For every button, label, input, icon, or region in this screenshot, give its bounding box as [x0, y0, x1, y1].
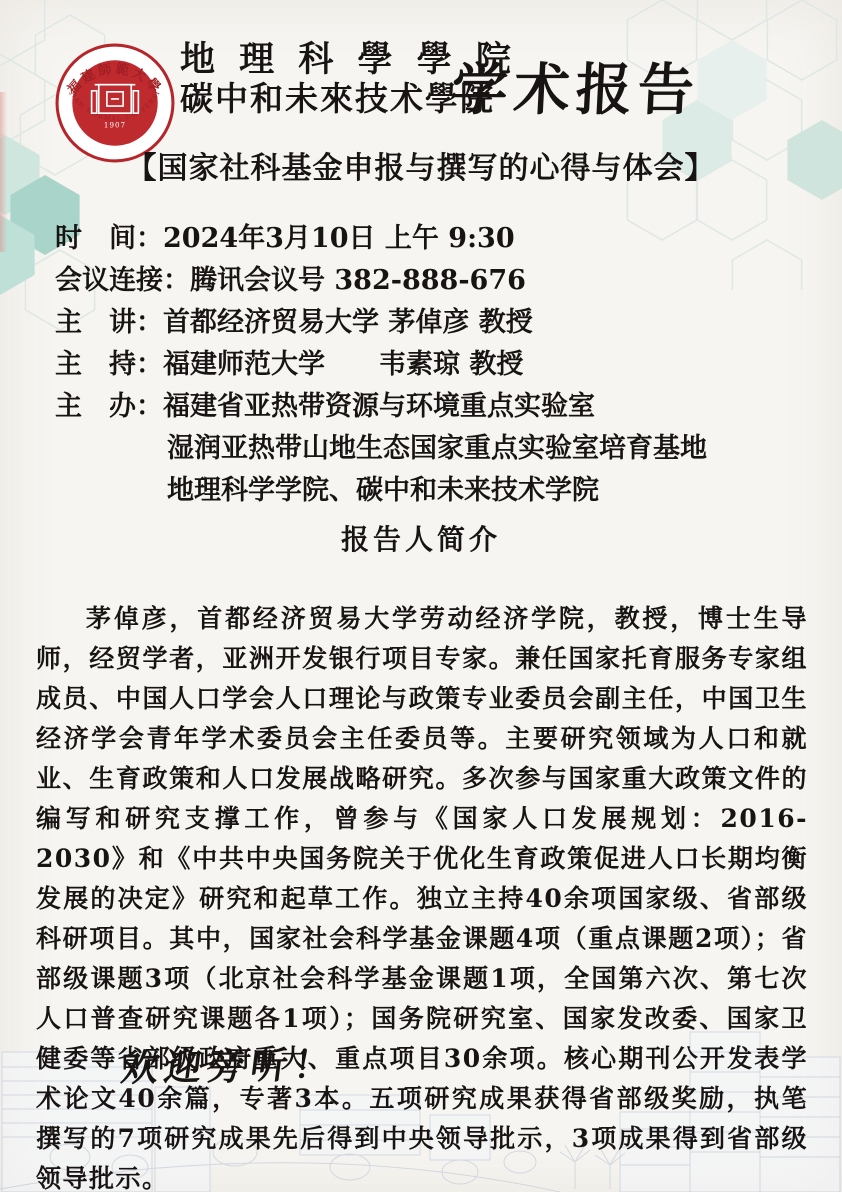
host-label: 主 持： [55, 349, 163, 380]
speaker-intro-heading: 报告人简介 [0, 518, 842, 558]
detail-row-time: 时 间：2024年3月10日 上午 9:30 [55, 218, 795, 260]
lecture-details: 时 间：2024年3月10日 上午 9:30 会议连接：腾讯会议号 382-88… [55, 218, 795, 512]
organizer-label: 主 办： [55, 391, 163, 422]
lecture-title: 【国家社科基金申报与撰写的心得与体会】 [0, 143, 842, 187]
detail-row-organizer: 主 办：福建省亚热带资源与环境重点实验室 [55, 386, 795, 428]
seal-year: 1907 [104, 120, 126, 129]
welcome-message: 欢迎旁听！ [118, 1034, 340, 1092]
organizer-line-2: 湿润亚热带山地生态国家重点实验室培育基地 [167, 428, 795, 470]
organizer-line-3: 地理科学学院、碳中和未来技术学院 [167, 470, 795, 512]
detail-row-host: 主 持：福建师范大学 韦素琼 教授 [55, 344, 795, 386]
meeting-link-label: 会议连接： [55, 265, 190, 296]
speaker-biography: 茅倬彦，首都经济贸易大学劳动经济学院，教授，博士生导师，经贸学者，亚洲开发银行项… [36, 599, 808, 1192]
speaker-label: 主 讲： [55, 307, 163, 338]
host-value: 福建师范大学 韦素琼 教授 [163, 349, 523, 380]
time-value: 2024年3月10日 上午 9:30 [163, 223, 515, 254]
report-banner: 学术报告 [450, 46, 702, 126]
speaker-value: 首都经济贸易大学 茅倬彦 教授 [163, 307, 533, 338]
organizer-value: 福建省亚热带资源与环境重点实验室 [163, 391, 595, 422]
detail-row-speaker: 主 讲：首都经济贸易大学 茅倬彦 教授 [55, 302, 795, 344]
detail-row-meeting-link: 会议连接：腾讯会议号 382-888-676 [55, 260, 795, 302]
meeting-link-value: 腾讯会议号 382-888-676 [190, 265, 526, 296]
time-label: 时 间： [55, 223, 163, 254]
lecture-poster: 福建師範大學 FUJIAN NORMAL UNIVERSITY 1907 地 理… [0, 0, 842, 1192]
